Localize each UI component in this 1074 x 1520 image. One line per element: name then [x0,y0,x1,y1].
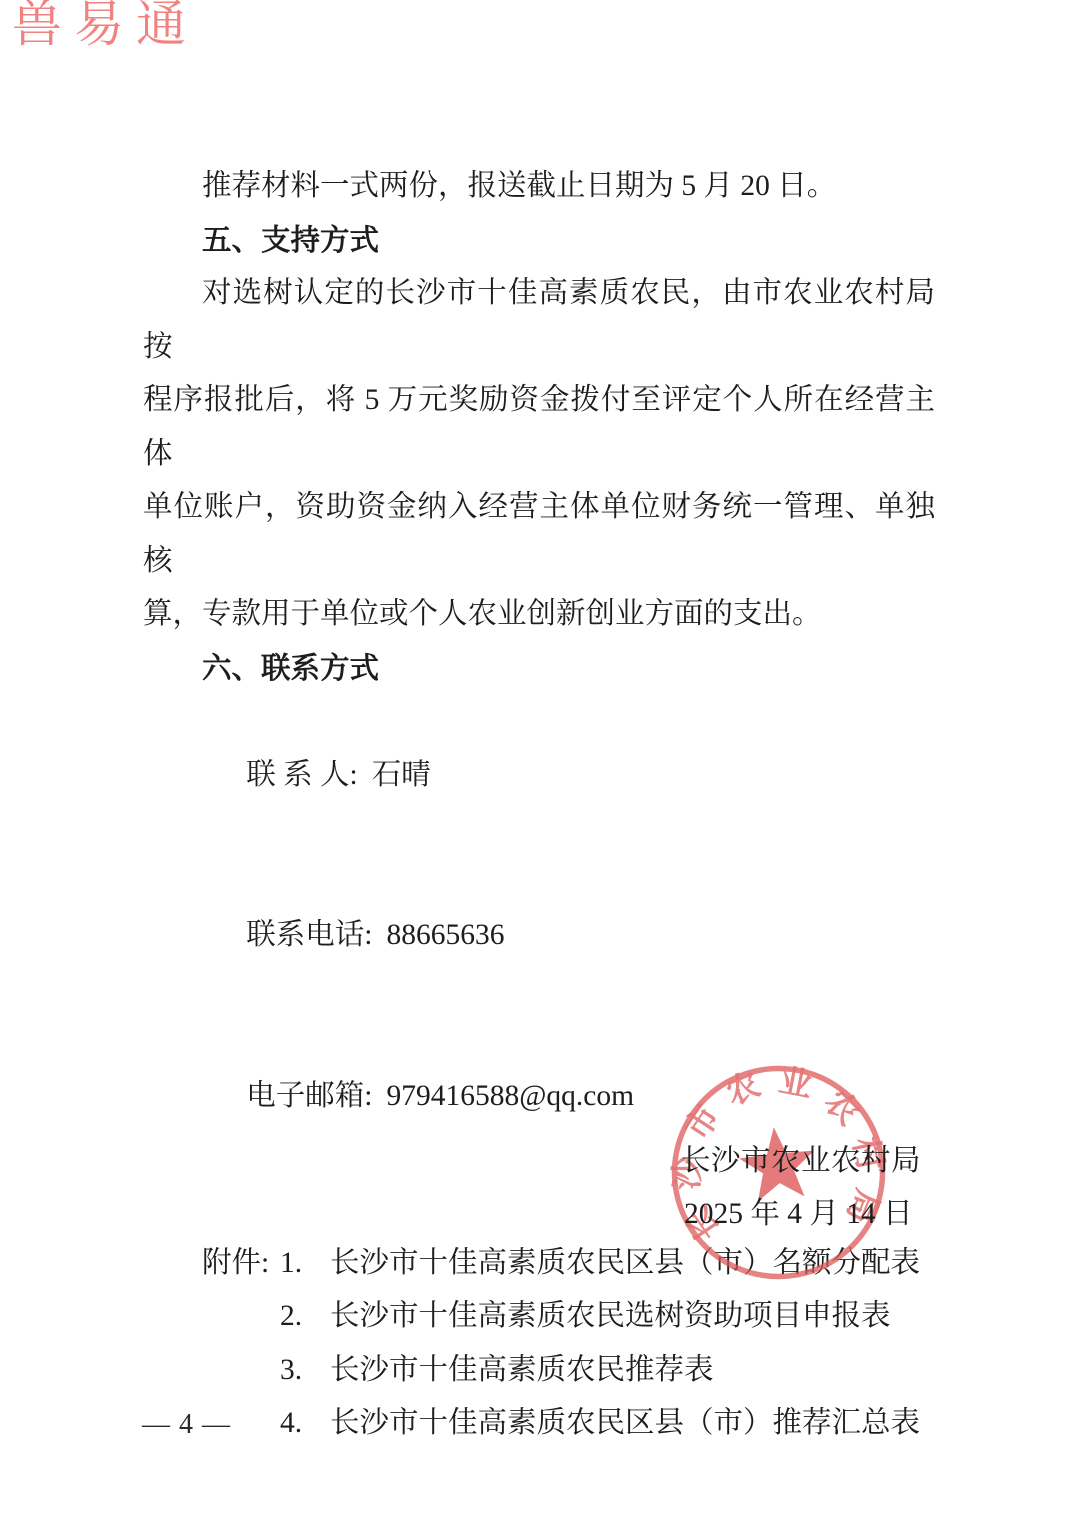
contact-email-label: 电子邮箱: [246,1080,372,1112]
section5-line: 程序报批后，将 5 万元奖励资金拨付至评定个人所在经营主体 [143,374,935,481]
section5-line: 算，专款用于单位或个人农业创新创业方面的支出。 [143,588,935,642]
attachment-row: 3. 长沙市十佳高素质农民推荐表 [143,1344,935,1398]
section5-line: 单位账户，资助资金纳入经营主体单位财务统一管理、单独核 [143,481,935,588]
section6-heading: 六、联系方式 [143,642,935,696]
attachment-row: 4. 长沙市十佳高素质农民区县（市）推荐汇总表 [143,1397,935,1451]
page-number: — 4 — [142,1408,231,1442]
signature-date: 2025 年 4 月 14 日 [684,1197,913,1231]
attachment-title: 长沙市十佳高素质农民选树资助项目申报表 [330,1290,935,1344]
section5-heading: 五、支持方式 [143,214,935,268]
attachments-label-spacer [202,1344,280,1398]
signature-organization: 长沙市农业农村局 [681,1144,921,1178]
attachment-title: 长沙市十佳高素质农民推荐表 [330,1344,935,1398]
contact-person-label: 联 系 人: [246,759,357,791]
contact-phone-value: 88665636 [386,919,504,951]
attachment-row: 2. 长沙市十佳高素质农民选树资助项目申报表 [143,1290,935,1344]
contact-phone-label: 联系电话: [246,919,372,951]
attachment-number: 3. [280,1344,330,1398]
document-page: 兽易通 推荐材料一式两份，报送截止日期为 5 月 20 日。 五、支持方式 对选… [0,0,1074,1520]
contact-email-value: 979416588@qq.com [386,1080,634,1112]
section5-line: 对选树认定的长沙市十佳高素质农民，由市农业农村局按 [143,267,935,374]
contact-row-phone: 联系电话:88665636 [143,856,935,1017]
attachments-label-spacer [202,1290,280,1344]
attachment-number: 4. [280,1397,330,1451]
attachment-number: 1. [280,1237,330,1291]
contact-row-person: 联 系 人:石晴 [143,695,935,856]
contact-person-value: 石晴 [372,759,431,791]
paragraph-continuation: 推荐材料一式两份，报送截止日期为 5 月 20 日。 [143,160,935,214]
attachment-number: 2. [280,1290,330,1344]
attachment-title: 长沙市十佳高素质农民区县（市）推荐汇总表 [330,1397,935,1451]
watermark-text: 兽易通 [12,0,198,56]
attachments-label: 附件: [202,1237,280,1291]
